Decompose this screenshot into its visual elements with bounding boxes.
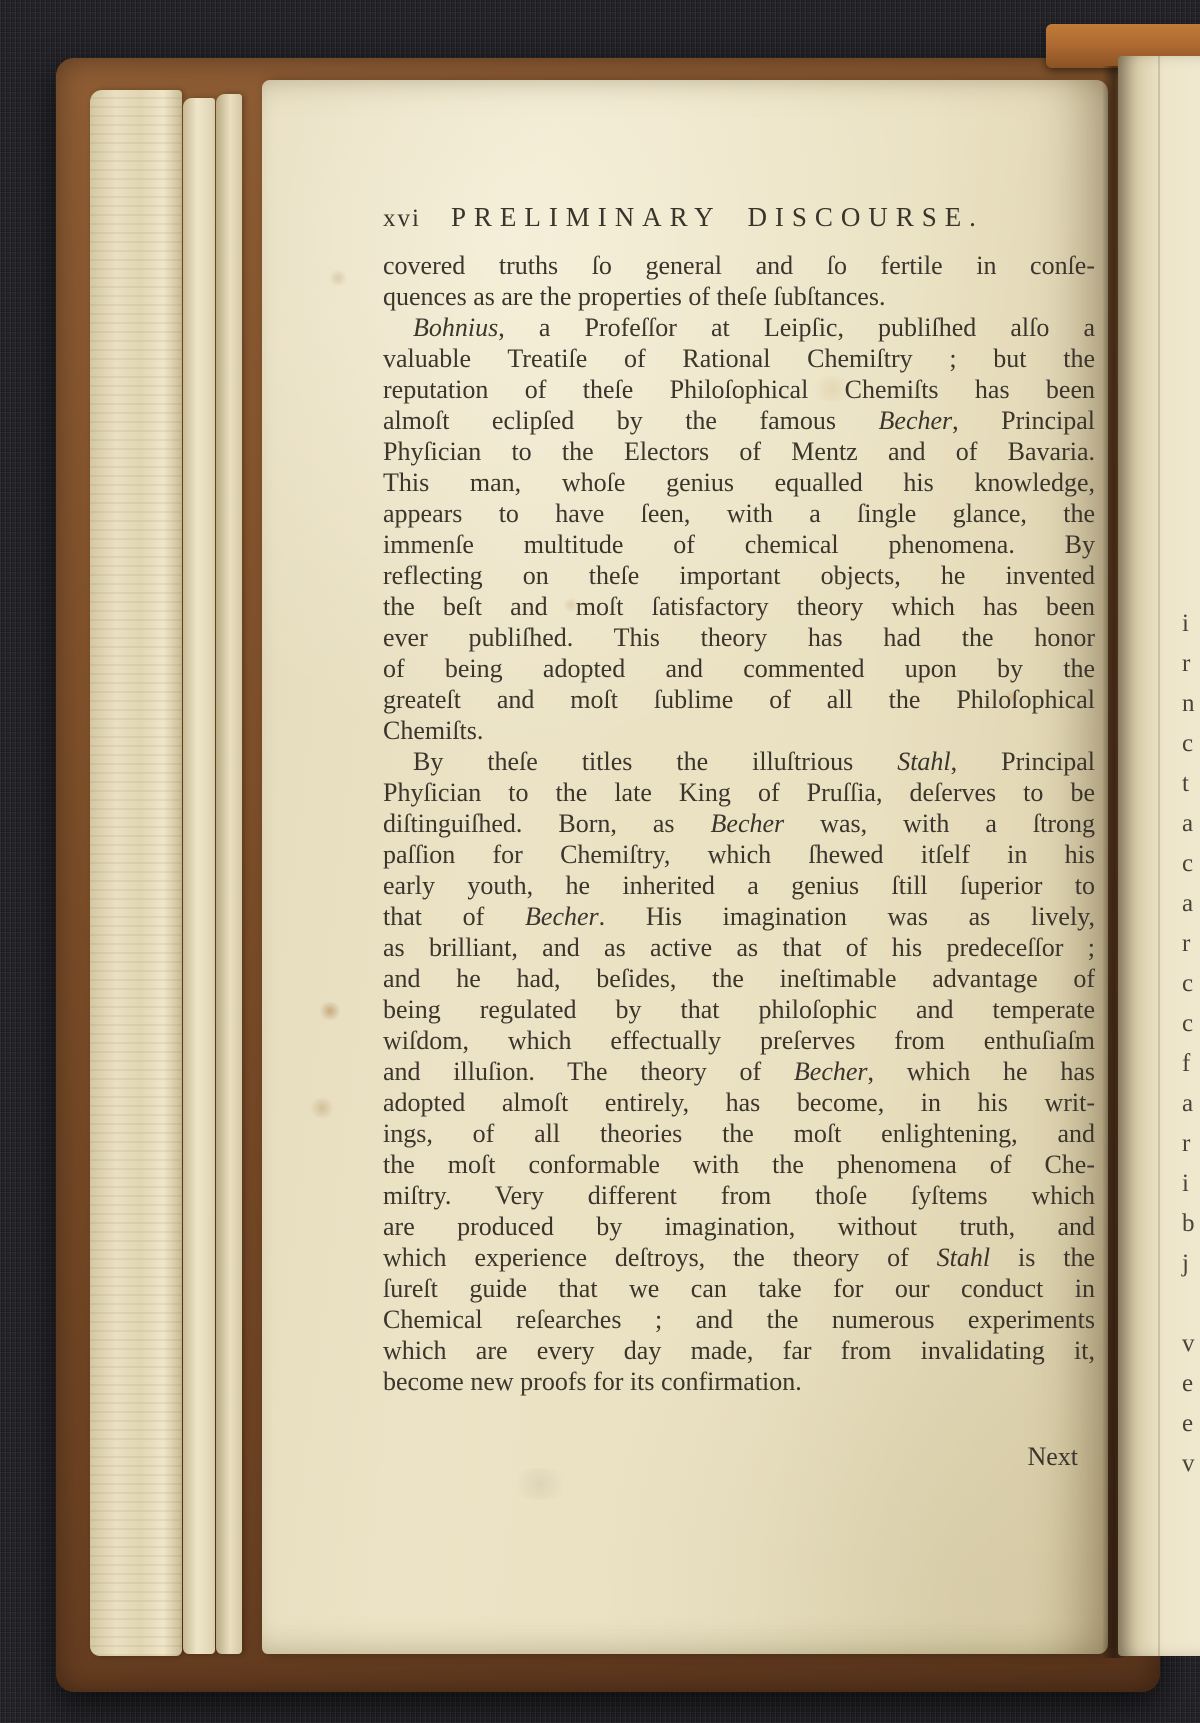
text-line: greateſt and moſt ſublime of all the Phi…: [383, 684, 1095, 715]
page-number: xvi: [383, 205, 421, 233]
page-crease: [1158, 56, 1160, 1656]
page-fore-edge: [216, 94, 242, 1654]
letter-fragment: v: [1182, 1444, 1195, 1484]
text-line: diſtinguiſhed. Born, as Becher was, with…: [383, 808, 1095, 839]
text-line: being regulated by that philoſophic and …: [383, 994, 1095, 1025]
letter-fragment: a: [1182, 884, 1195, 924]
book-page: xvi PRELIMINARY DISCOURSE. covered truth…: [262, 80, 1108, 1654]
facing-page-letter-fragments: irnctacarccfaribjveev: [1182, 604, 1195, 1484]
text-line: By theſe titles the illuſtrious Stahl, P…: [383, 746, 1095, 777]
paper-stain: [508, 1468, 572, 1500]
text-line: Phyſician to the late King of Pruſſia, d…: [383, 777, 1095, 808]
text-line: that of Becher. His imagination was as l…: [383, 901, 1095, 932]
fox-spot: [318, 1002, 342, 1020]
text-line: the beſt and moſt ſatisfactory theory wh…: [383, 591, 1095, 622]
text-line: Phyſician to the Electors of Mentz and o…: [383, 436, 1095, 467]
text-line: and he had, beſides, the ineſtimable adv…: [383, 963, 1095, 994]
text-line: appears to have ſeen, with a ſingle glan…: [383, 498, 1095, 529]
text-line: of being adopted and commented upon by t…: [383, 653, 1095, 684]
letter-fragment: i: [1182, 1164, 1195, 1204]
letter-fragment: e: [1182, 1364, 1195, 1404]
fox-spot: [308, 1098, 336, 1118]
text-line: miſtry. Very different from thoſe ſyſtem…: [383, 1180, 1095, 1211]
catchword: Next: [1027, 1442, 1078, 1472]
letter-fragment: a: [1182, 1084, 1195, 1124]
text-line: This man, whoſe genius equalled his know…: [383, 467, 1095, 498]
text-line: ings, of all theories the moſt enlighten…: [383, 1118, 1095, 1149]
facing-page-sliver: irnctacarccfaribjveev: [1118, 56, 1200, 1656]
page-text: covered truths ſo general and ſo fertile…: [383, 250, 1095, 1397]
text-line: Bohnius, a Profeſſor at Leipſic, publiſh…: [383, 312, 1095, 343]
text-line: wiſdom, which effectually preſerves from…: [383, 1025, 1095, 1056]
text-line: covered truths ſo general and ſo fertile…: [383, 250, 1095, 281]
text-line: adopted almoſt entirely, has become, in …: [383, 1087, 1095, 1118]
letter-fragment: f: [1182, 1044, 1195, 1084]
letter-fragment: j: [1182, 1244, 1195, 1284]
text-line: early youth, he inherited a genius ſtill…: [383, 870, 1095, 901]
text-line: the moſt conformable with the phenomena …: [383, 1149, 1095, 1180]
letter-fragment: r: [1182, 924, 1195, 964]
text-line: which experience deſtroys, the theory of…: [383, 1242, 1095, 1273]
letter-fragment: t: [1182, 764, 1195, 804]
letter-fragment: [1182, 1284, 1195, 1324]
letter-fragment: i: [1182, 604, 1195, 644]
text-line: become new proofs for its confirmation.: [383, 1366, 1095, 1397]
text-line: Chemical reſearches ; and the numerous e…: [383, 1304, 1095, 1335]
page-header: xvi PRELIMINARY DISCOURSE.: [383, 202, 1095, 233]
text-line: quences as are the properties of theſe ſ…: [383, 281, 1095, 312]
page-fore-edge: [183, 98, 215, 1654]
fox-spot: [328, 270, 348, 286]
letter-fragment: e: [1182, 1404, 1195, 1444]
letter-fragment: r: [1182, 1124, 1195, 1164]
running-title: PRELIMINARY DISCOURSE.: [451, 202, 984, 233]
letter-fragment: c: [1182, 844, 1195, 884]
text-line: Chemiſts.: [383, 715, 1095, 746]
text-line: reflecting on theſe important objects, h…: [383, 560, 1095, 591]
text-line: and illuſion. The theory of Becher, whic…: [383, 1056, 1095, 1087]
letter-fragment: v: [1182, 1324, 1195, 1364]
text-line: almoſt eclipſed by the famous Becher, Pr…: [383, 405, 1095, 436]
letter-fragment: c: [1182, 964, 1195, 1004]
text-line: which are every day made, far from inval…: [383, 1335, 1095, 1366]
book-photo-scene: xvi PRELIMINARY DISCOURSE. covered truth…: [0, 0, 1200, 1723]
text-line: ever publiſhed. This theory has had the …: [383, 622, 1095, 653]
letter-fragment: c: [1182, 724, 1195, 764]
text-line: as brilliant, and as active as that of h…: [383, 932, 1095, 963]
letter-fragment: n: [1182, 684, 1195, 724]
letter-fragment: b: [1182, 1204, 1195, 1244]
letter-fragment: c: [1182, 1004, 1195, 1044]
text-line: are produced by imagination, without tru…: [383, 1211, 1095, 1242]
text-line: immenſe multitude of chemical phenomena.…: [383, 529, 1095, 560]
letter-fragment: a: [1182, 804, 1195, 844]
text-line: paſſion for Chemiſtry, which ſhewed itſe…: [383, 839, 1095, 870]
text-line: reputation of theſe Philoſophical Chemiſ…: [383, 374, 1095, 405]
letter-fragment: r: [1182, 644, 1195, 684]
text-line: valuable Treatiſe of Rational Chemiſtry …: [383, 343, 1095, 374]
page-fore-edge: [90, 90, 182, 1656]
text-line: ſureſt guide that we can take for our co…: [383, 1273, 1095, 1304]
